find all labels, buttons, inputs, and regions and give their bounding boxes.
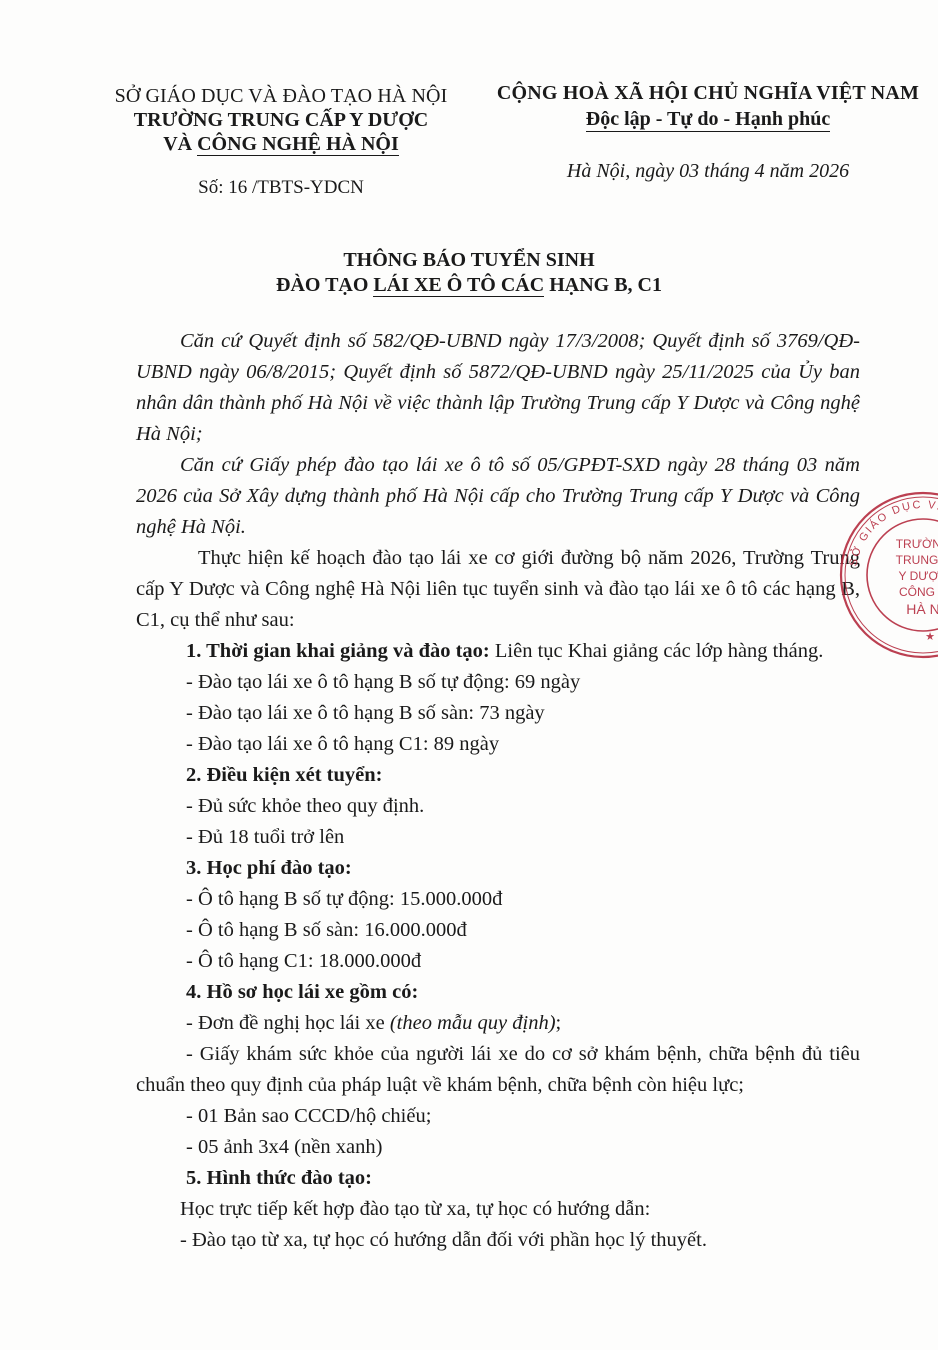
list-item: - Ô tô hạng C1: 18.000.000đ [136,946,860,977]
application-form-text: - Đơn đề nghị học lái xe [186,1012,390,1034]
list-item: - Đủ 18 tuổi trở lên [136,822,860,853]
title-line2-prefix: ĐÀO TẠO [276,274,373,296]
section-5-lead: Học trực tiếp kết hợp đào tạo từ xa, tự … [136,1194,860,1225]
list-item: - Đào tạo lái xe ô tô hạng B số sàn: 73 … [136,698,860,729]
title-line1: THÔNG BÁO TUYỂN SINH [0,248,938,273]
nation-title: CỘNG HOÀ XÃ HỘI CHỦ NGHĨA VIỆT NAM [488,80,928,106]
list-item: - 05 ảnh 3x4 (nền xanh) [136,1132,860,1163]
punctuation: ; [556,1012,562,1034]
seal-line: Y DƯỢC [899,569,938,583]
agency-name: SỞ GIÁO DỤC VÀ ĐÀO TẠO HÀ NỘI [96,84,466,108]
document-title: THÔNG BÁO TUYỂN SINH ĐÀO TẠO LÁI XE Ô TÔ… [0,248,938,298]
section-1-title: 1. Thời gian khai giảng và đào tạo: [186,640,490,662]
place-date: Hà Nội, ngày 03 tháng 4 năm 2026 [488,158,928,184]
list-item: - Ô tô hạng B số tự động: 15.000.000đ [136,884,860,915]
seal-star: ★ [925,631,935,643]
seal-line: HÀ N [906,601,938,617]
list-item: - Đơn đề nghị học lái xe (theo mẫu quy đ… [136,1008,860,1039]
section-4-heading: 4. Hồ sơ học lái xe gồm có: [136,977,860,1008]
section-1-heading: 1. Thời gian khai giảng và đào tạo: Liên… [136,636,860,667]
list-item: - Đào tạo lái xe ô tô hạng C1: 89 ngày [136,729,860,760]
document-body: Căn cứ Quyết định số 582/QĐ-UBND ngày 17… [136,326,860,1256]
application-form-note: (theo mẫu quy định) [390,1012,556,1034]
title-line2-suffix: HẠNG B, C1 [544,274,662,296]
legal-basis-2: Căn cứ Giấy phép đào tạo lái xe ô tô số … [136,450,860,543]
national-header: CỘNG HOÀ XÃ HỘI CHỦ NGHĨA VIỆT NAM Độc l… [488,80,928,184]
seal-line: TRƯỜNG [896,536,938,551]
title-line2-underlined: LÁI XE Ô TÔ CÁC [373,274,544,297]
document-page: SỞ GIÁO DỤC VÀ ĐÀO TẠO HÀ NỘI TRƯỜNG TRU… [0,0,938,1350]
issuer-header: SỞ GIÁO DỤC VÀ ĐÀO TẠO HÀ NỘI TRƯỜNG TRU… [96,84,466,200]
list-item: - Giấy khám sức khỏe của người lái xe do… [136,1039,860,1101]
school-name-line1: TRƯỜNG TRUNG CẤP Y DƯỢC [96,108,466,132]
section-3-heading: 3. Học phí đào tạo: [136,853,860,884]
school-name-prefix: VÀ [163,133,197,155]
school-name-line2: VÀ CÔNG NGHỆ HÀ NỘI [96,132,466,156]
title-line2: ĐÀO TẠO LÁI XE Ô TÔ CÁC HẠNG B, C1 [0,273,938,298]
section-2-heading: 2. Điều kiện xét tuyển: [136,760,860,791]
list-item: - Ô tô hạng B số sàn: 16.000.000đ [136,915,860,946]
seal-outer-text: SỞ GIÁO DỤC VÀ ĐÀO TẠO [848,499,938,567]
list-item: - Đủ sức khỏe theo quy định. [136,791,860,822]
svg-text:SỞ GIÁO DỤC VÀ ĐÀO TẠO: SỞ GIÁO DỤC VÀ ĐÀO TẠO [848,499,938,567]
school-name-underlined: CÔNG NGHỆ HÀ NỘI [197,133,399,156]
national-motto: Độc lập - Tự do - Hạnh phúc [586,107,830,132]
intro-paragraph: Thực hiện kế hoạch đào tạo lái xe cơ giớ… [136,543,860,636]
seal-line: CÔNG N [899,584,938,599]
seal-line: TRUNG C [896,553,938,567]
section-5-heading: 5. Hình thức đào tạo: [136,1163,860,1194]
list-item: - 01 Bản sao CCCD/hộ chiếu; [136,1101,860,1132]
section-1-detail: Liên tục Khai giảng các lớp hàng tháng. [490,640,824,662]
list-item: - Đào tạo từ xa, tự học có hướng dẫn đối… [136,1225,860,1256]
document-number: Số: 16 /TBTS-YDCN [96,176,466,200]
legal-basis-1: Căn cứ Quyết định số 582/QĐ-UBND ngày 17… [136,326,860,450]
list-item: - Đào tạo lái xe ô tô hạng B số tự động:… [136,667,860,698]
